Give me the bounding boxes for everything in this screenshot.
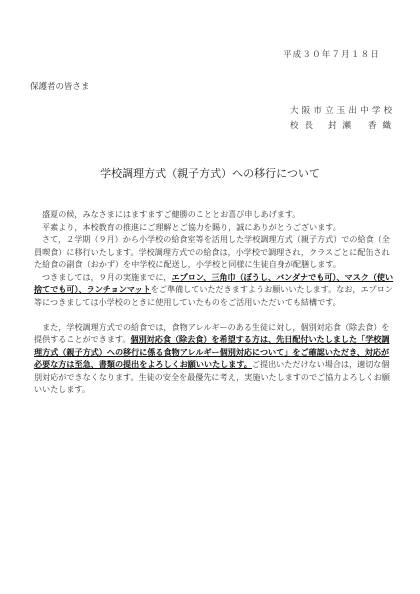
- lunch-change-paragraph: さて，２学期（９月）から小学校の給食室等を活用した学校調理方式（親子方式）での給…: [34, 233, 394, 271]
- allergy-paragraph: また，学校調理方式での給食では，食物アレルギーのある生徒に対し，個別対応食（除去…: [34, 321, 394, 396]
- addressee: 保護者の皆さま: [30, 80, 90, 92]
- sender-block: 大阪市立玉出中学校 校長 封瀬 香織: [290, 104, 397, 134]
- principal-family-name: 封瀬: [328, 119, 368, 134]
- document-body: 盛夏の候，みなさまにはますますご健勝のこととお喜び申しあげます。 平素より，本校…: [34, 208, 394, 396]
- document-page: 平成３０年７月１８日 保護者の皆さま 大阪市立玉出中学校 校長 封瀬 香織 学校…: [0, 0, 420, 594]
- thanks-paragraph: 平素より，本校教育の推進にご理解とご協力を賜り，誠にありがとうございます。: [34, 221, 394, 234]
- document-date: 平成３０年７月１８日: [283, 48, 380, 60]
- preparation-intro: つきましては，９月の実施までに，: [42, 272, 172, 282]
- greeting-paragraph: 盛夏の候，みなさまにはますますご健勝のこととお喜び申しあげます。: [34, 208, 394, 221]
- principal-given-name: 香織: [368, 119, 397, 134]
- principal-line: 校長 封瀬 香織: [290, 119, 397, 134]
- principal-role: 校長: [290, 119, 328, 134]
- paragraph-spacer: [34, 308, 394, 321]
- document-title: 学校調理方式（親子方式）への移行について: [0, 165, 420, 181]
- school-name: 大阪市立玉出中学校: [290, 104, 397, 119]
- preparation-paragraph: つきましては，９月の実施までに，エプロン、三角巾（ぼうし、バンダナでも可）、マス…: [34, 271, 394, 309]
